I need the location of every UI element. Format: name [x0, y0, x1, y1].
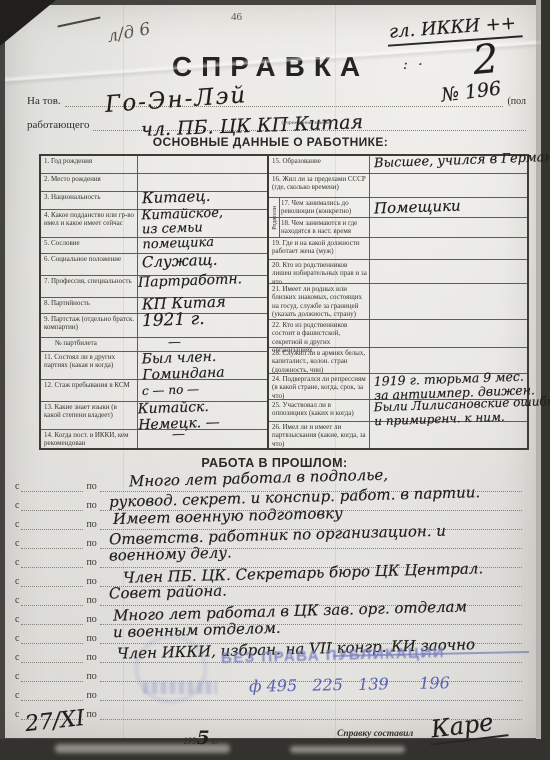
table-row: 21. Имеет ли родных или близких знакомых…: [269, 284, 527, 320]
position-sublabel: (учреждение, звание): [281, 120, 331, 126]
work-entry-handwritten: военному делу.: [109, 543, 232, 564]
document-page: л/д 6 46 гл. ИККИ ++ : · 2 № 196 СПРАВКА…: [5, 5, 536, 738]
answer-handwritten: —: [168, 336, 181, 350]
field-label: 17. Чем занимались до революции (конкрет…: [269, 198, 369, 217]
field-answer-cell: Китайское, из семьи помещика: [137, 210, 267, 237]
field-label: 25. Участвовал ли в оппозициях (каких и …: [269, 400, 369, 421]
top-right-note-handwritten: гл. ИККИ ++: [386, 12, 523, 46]
parents-rotated-label: Родители: [270, 198, 280, 238]
field-answer-cell: [369, 260, 527, 283]
file-note-handwritten: л/д 6: [105, 19, 152, 47]
table-row: 17. Чем занимались до революции (конкрет…: [269, 198, 527, 218]
answer-handwritten: Китайское, из семьи помещика: [141, 207, 224, 253]
field-label: 22. Кто из родственников состоит в фашис…: [269, 320, 369, 347]
answer-handwritten: Был член. Гоминдана: [141, 349, 224, 384]
main-data-section-title: ОСНОВНЫЕ ДАННЫЕ О РАБОТНИКЕ:: [5, 135, 536, 149]
answer-handwritten: Партработн.: [138, 272, 242, 290]
addressee-line: На тов. Го-Эн-Лэй (пол: [27, 85, 526, 107]
table-row: 9. Партстаж (отдельно братск. компартии)…: [41, 314, 267, 338]
field-label: 23. Служил ли в армиях белых, капиталист…: [269, 348, 369, 373]
field-answer-cell: Китайск. Немецк. —: [137, 402, 267, 429]
table-row: 15. Образование Высшее, учился в Герман.: [269, 156, 527, 174]
field-answer-cell: с — по —: [137, 380, 267, 401]
table-row: 16. Жил ли за пределами СССР (где, сколь…: [269, 174, 527, 198]
field-answer-cell: Помещики: [369, 198, 527, 217]
field-label: 4. Какое подданство или гр-во имел и как…: [41, 210, 137, 237]
addressee-label: На тов.: [27, 95, 65, 107]
photo-edge-bottom: [0, 739, 550, 760]
year-printed: 193: [183, 736, 197, 746]
dotted-line: чл. ПБ. ЦК КП Китая (учреждение, звание): [93, 129, 526, 131]
personal-data-table: 1. Год рождения 2. Место рождения 3. Нац…: [39, 154, 529, 450]
field-label: 1. Год рождения: [41, 156, 137, 173]
field-answer-cell: [137, 156, 267, 173]
table-row: 12. Стаж пребывания в КСМ с — по —: [41, 380, 267, 402]
field-label: 14. Когда пост. в ИККИ, кем рекомендован: [41, 430, 137, 448]
field-label: 18. Чем занимаются и где находятся в нас…: [269, 218, 369, 237]
answer-handwritten: Помещики: [374, 198, 461, 217]
table-row: 13. Какие знает языки (в какой степени в…: [41, 402, 267, 430]
field-label: 8. Партийность: [41, 298, 137, 313]
field-answer-cell: [369, 284, 527, 319]
table-left-half: 1. Год рождения 2. Место рождения 3. Нац…: [41, 156, 269, 448]
field-label: 13. Какие знает языки (в какой степени в…: [41, 402, 137, 429]
table-row: 1. Год рождения: [41, 156, 267, 174]
field-label: 24. Подвергался ли репрессиям (в какой с…: [269, 374, 369, 399]
answer-handwritten: Служащ.: [142, 253, 218, 271]
field-answer-cell: [369, 174, 527, 197]
answer-handwritten: —: [172, 428, 185, 442]
pencil-stroke: [57, 16, 100, 27]
field-label: 12. Стаж пребывания в КСМ: [41, 380, 137, 401]
field-label: 16. Жил ли за пределами СССР (где, сколь…: [269, 174, 369, 197]
field-label: 11. Состоял ли в других партиях (какая и…: [41, 352, 137, 379]
field-answer-cell: Высшее, учился в Герман.: [369, 156, 527, 173]
scanned-document-photo: { "header": { "pencil_note": "л/д 6", "p…: [0, 0, 550, 760]
year-line: 1935 г.: [183, 727, 217, 749]
field-label: 2. Место рождения: [41, 174, 137, 191]
year-digit-handwritten: 5: [197, 727, 210, 749]
field-label: 9. Партстаж (отдельно братск. компартии): [41, 314, 137, 337]
table-row: 11. Состоял ли в других партиях (какая и…: [41, 352, 267, 380]
table-row: 18. Чем занимаются и где находятся в нас…: [269, 218, 527, 238]
field-answer-cell: Был член. Гоминдана: [137, 352, 267, 379]
g-label: г.: [210, 736, 218, 746]
top-right-dots: : ·: [403, 57, 426, 73]
field-label: 15. Образование: [269, 156, 369, 173]
field-label: № партбилета: [41, 338, 137, 351]
table-right-half: Родители 15. Образование Высшее, учился …: [269, 156, 527, 448]
date-handwritten: 27/XI: [24, 706, 86, 737]
compiled-by-label: Справку составил: [337, 729, 413, 739]
field-label: 19. Где и на какой должности работает же…: [269, 238, 369, 259]
field-answer-cell: Были Лилисановские ошибки и примиренч. к…: [369, 400, 527, 421]
answer-handwritten: Высшее, учился в Герман.: [374, 151, 550, 171]
work-entry-handwritten: и военным отделом.: [113, 619, 281, 641]
photo-edge-right: [541, 0, 550, 760]
table-row: № партбилета —: [41, 338, 267, 352]
field-label: 3. Национальность: [41, 192, 137, 209]
work-entry-handwritten: Совет района.: [109, 581, 227, 602]
field-label: 21. Имеет ли родных или близких знакомых…: [269, 284, 369, 319]
table-row: 19. Где и на какой должности работает же…: [269, 238, 527, 260]
field-answer-cell: [369, 320, 527, 347]
table-row: 25. Участвовал ли в оппозициях (каких и …: [269, 400, 527, 422]
answer-handwritten: с — по —: [142, 383, 200, 398]
field-answer-cell: 1921 г.: [137, 314, 267, 337]
table-row: 4. Какое подданство или гр-во имел и как…: [41, 210, 267, 238]
document-title: СПРАВКА: [5, 51, 536, 83]
field-label: 6. Социальное положение: [41, 254, 137, 275]
position-label: работающего: [27, 119, 93, 131]
field-answer-cell: [369, 238, 527, 259]
archive-citation-handwritten: ф 495 225 139 196: [249, 673, 450, 696]
position-line: работающего чл. ПБ. ЦК КП Китая (учрежде…: [27, 109, 526, 131]
work-line: спо Ответств. работник по организацион. …: [13, 530, 522, 549]
pol-label: (пол: [507, 96, 526, 107]
field-label: 26. Имел ли и имеет ли партвзыскания (ка…: [269, 422, 369, 448]
table-row: 22. Кто из родственников состоит в фашис…: [269, 320, 527, 348]
field-label: 5. Сословие: [41, 238, 137, 253]
dotted-line: Го-Эн-Лэй: [65, 105, 504, 107]
field-label: 20. Кто из родственников лишен избирател…: [269, 260, 369, 283]
illegible-stamp: [143, 681, 217, 694]
field-label: 7. Профессия, специальность: [41, 276, 137, 297]
table-surface-blob: [290, 746, 405, 753]
work-line: спо Член ПБ. ЦК. Секретарь бюро ЦК Центр…: [13, 568, 522, 587]
answer-handwritten: 1921 г.: [142, 311, 205, 331]
page-number-small: 46: [231, 11, 242, 23]
table-row: 20. Кто из родственников лишен избирател…: [269, 260, 527, 284]
answer-handwritten: Китаец.: [142, 189, 211, 207]
field-answer-cell: [369, 218, 527, 237]
